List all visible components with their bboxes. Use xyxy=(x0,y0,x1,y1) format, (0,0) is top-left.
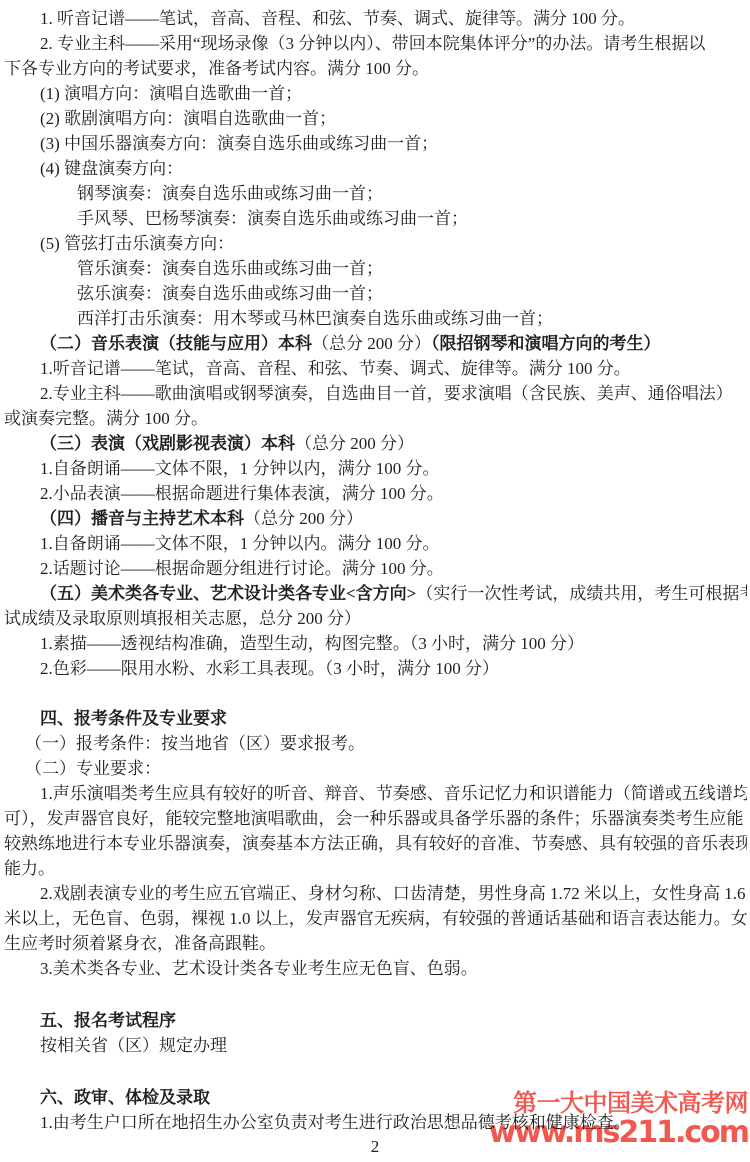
text-line: 3.美术类各专业、艺术设计类各专业考生应无色盲、色弱。 xyxy=(4,956,747,981)
text-line: 能力。 xyxy=(4,856,747,881)
text-line: 2.色彩——限用水粉、水彩工具表现。（3 小时，满分 100 分） xyxy=(4,656,747,681)
text-line: 西洋打击乐演奏：用木琴或马林巴演奏自选乐曲或练习曲一首； xyxy=(4,306,747,331)
text-segment: 或演奏完整。满分 100 分。 xyxy=(4,409,208,428)
text-segment: (2) 歌剧演唱方向：演唱自选歌曲一首； xyxy=(40,109,336,128)
text-segment: 按相关省（区）规定办理 xyxy=(40,1036,227,1055)
text-line: 弦乐演奏：演奏自选乐曲或练习曲一首； xyxy=(4,281,747,306)
text-line: (4) 键盘演奏方向： xyxy=(4,156,747,181)
text-segment: (3) 中国乐器演奏方向：演奏自选乐曲或练习曲一首； xyxy=(40,134,438,153)
text-segment: （一）报考条件：按当地省（区）要求报考。 xyxy=(25,734,365,753)
text-line: 1.自备朗诵——文体不限，1 分钟以内。满分 100 分。 xyxy=(4,531,747,556)
text-segment: （总分 200 分） xyxy=(295,434,414,453)
text-line: 米以上，无色盲、色弱，裸视 1.0 以上，发声器官无疾病，有较强的普通话基础和语… xyxy=(4,906,747,931)
text-segment-bold: （四）播音与主持艺术本科 xyxy=(40,509,244,528)
text-segment: （二）专业要求： xyxy=(25,759,161,778)
text-line: 生应考时须着紧身衣，准备高跟鞋。 xyxy=(4,931,747,956)
text-line: 2.戏剧表演专业的考生应五官端正、身材匀称、口齿清楚，男性身高 1.72 米以上… xyxy=(4,881,747,906)
text-segment: 钢琴演奏：演奏自选乐曲或练习曲一首； xyxy=(77,184,383,203)
text-segment: 3.美术类各专业、艺术设计类各专业考生应无色盲、色弱。 xyxy=(40,959,478,978)
text-segment-bold: （五）美术类各专业、艺术设计类各专业<含方向> xyxy=(40,584,416,603)
text-segment: 生应考时须着紧身衣，准备高跟鞋。 xyxy=(4,934,276,953)
text-line: 1.自备朗诵——文体不限，1 分钟以内，满分 100 分。 xyxy=(4,456,747,481)
text-segment: (5) 管弦打击乐演奏方向： xyxy=(40,234,234,253)
text-segment: 2.小品表演——根据命题进行集体表演，满分 100 分。 xyxy=(40,484,444,503)
text-segment: (1) 演唱方向：演唱自选歌曲一首； xyxy=(40,84,302,103)
text-segment: 2.专业主科——歌曲演唱或钢琴演奏，自选曲目一首，要求演唱（含民族、美声、通俗唱… xyxy=(40,384,733,403)
text-segment: 试成绩及录取原则填报相关志愿，总分 200 分） xyxy=(4,609,361,628)
text-segment: 1.自备朗诵——文体不限，1 分钟以内。满分 100 分。 xyxy=(40,534,440,553)
text-segment: 米以上，无色盲、色弱，裸视 1.0 以上，发声器官无疾病，有较强的普通话基础和语… xyxy=(4,909,747,928)
text-line: 2.话题讨论——根据命题分组进行讨论。满分 100 分。 xyxy=(4,556,747,581)
text-segment: 1.声乐演唱类考生应具有较好的听音、辩音、节奏感、音乐记忆力和识谱能力（简谱或五… xyxy=(40,784,747,803)
text-line: （二）音乐表演（技能与应用）本科（总分 200 分）（限招钢琴和演唱方向的考生） xyxy=(4,331,747,356)
text-segment: 管乐演奏：演奏自选乐曲或练习曲一首； xyxy=(77,259,383,278)
text-segment: 2. 专业主科——采用“现场录像（3 分钟以内）、带回本院集体评分”的办法。请考… xyxy=(40,34,705,53)
text-line: 1. 听音记谱——笔试，音高、音程、和弦、节奏、调式、旋律等。满分 100 分。 xyxy=(4,6,747,31)
text-segment-bold: 六、政审、体检及录取 xyxy=(40,1088,210,1107)
text-segment: (4) 键盘演奏方向： xyxy=(40,159,183,178)
text-segment-bold: （限招钢琴和演唱方向的考生） xyxy=(431,334,661,353)
text-segment: 可），发声器官良好，能较完整地演唱歌曲，会一种乐器或具备学乐器的条件；乐器演奏类… xyxy=(4,809,744,828)
text-segment: 1. 听音记谱——笔试，音高、音程、和弦、节奏、调式、旋律等。满分 100 分。 xyxy=(40,9,635,28)
page-number: 2 xyxy=(0,1136,750,1158)
text-line: 四、报考条件及专业要求 xyxy=(4,706,747,731)
text-line: 较熟练地进行本专业乐器演奏，演奏基本方法正确，具有较好的音准、节奏感、具有较强的… xyxy=(4,831,747,856)
text-segment: 2.色彩——限用水粉、水彩工具表现。（3 小时，满分 100 分） xyxy=(40,659,499,678)
text-segment: 较熟练地进行本专业乐器演奏，演奏基本方法正确，具有较好的音准、节奏感、具有较强的… xyxy=(4,834,747,853)
text-line: 试成绩及录取原则填报相关志愿，总分 200 分） xyxy=(4,606,747,631)
text-segment: 手风琴、巴杨琴演奏：演奏自选乐曲或练习曲一首； xyxy=(77,209,468,228)
text-line: 1.由考生户口所在地招生办公室负责对考生进行政治思想品德考核和健康检查。 xyxy=(4,1110,747,1135)
text-line: 手风琴、巴杨琴演奏：演奏自选乐曲或练习曲一首； xyxy=(4,206,747,231)
text-segment: 1.自备朗诵——文体不限，1 分钟以内，满分 100 分。 xyxy=(40,459,440,478)
text-segment-bold: （二）音乐表演（技能与应用）本科 xyxy=(40,334,312,353)
text-line: 1.声乐演唱类考生应具有较好的听音、辩音、节奏感、音乐记忆力和识谱能力（简谱或五… xyxy=(4,781,747,806)
text-segment: 西洋打击乐演奏：用木琴或马林巴演奏自选乐曲或练习曲一首； xyxy=(77,309,553,328)
text-segment: 2.戏剧表演专业的考生应五官端正、身材匀称、口齿清楚，男性身高 1.72 米以上… xyxy=(40,884,746,903)
document-body: 1. 听音记谱——笔试，音高、音程、和弦、节奏、调式、旋律等。满分 100 分。… xyxy=(4,6,747,1135)
text-line: 2.小品表演——根据命题进行集体表演，满分 100 分。 xyxy=(4,481,747,506)
text-line: （三）表演（戏剧影视表演）本科（总分 200 分） xyxy=(4,431,747,456)
document-page: 1. 听音记谱——笔试，音高、音程、和弦、节奏、调式、旋律等。满分 100 分。… xyxy=(0,0,750,1162)
text-line: (2) 歌剧演唱方向：演唱自选歌曲一首； xyxy=(4,106,747,131)
text-line: 五、报名考试程序 xyxy=(4,1008,747,1033)
text-line: 可），发声器官良好，能较完整地演唱歌曲，会一种乐器或具备学乐器的条件；乐器演奏类… xyxy=(4,806,747,831)
text-line: （四）播音与主持艺术本科（总分 200 分） xyxy=(4,506,747,531)
text-line: 下各专业方向的考试要求，准备考试内容。满分 100 分。 xyxy=(4,56,747,81)
text-line: (3) 中国乐器演奏方向：演奏自选乐曲或练习曲一首； xyxy=(4,131,747,156)
text-line: 2.专业主科——歌曲演唱或钢琴演奏，自选曲目一首，要求演唱（含民族、美声、通俗唱… xyxy=(4,381,747,406)
text-line: （二）专业要求： xyxy=(4,756,747,781)
text-segment-bold: （三）表演（戏剧影视表演）本科 xyxy=(40,434,295,453)
text-segment: （总分 200 分） xyxy=(244,509,363,528)
text-line: （五）美术类各专业、艺术设计类各专业<含方向>（实行一次性考试，成绩共用，考生可… xyxy=(4,581,747,606)
text-segment: 1.素描——透视结构准确，造型生动，构图完整。（3 小时，满分 100 分） xyxy=(40,634,584,653)
text-segment: 1.由考生户口所在地招生办公室负责对考生进行政治思想品德考核和健康检查。 xyxy=(40,1113,631,1132)
text-line: 钢琴演奏：演奏自选乐曲或练习曲一首； xyxy=(4,181,747,206)
text-segment-bold: 四、报考条件及专业要求 xyxy=(40,709,227,728)
text-segment: 1.听音记谱——笔试，音高、音程、和弦、节奏、调式、旋律等。满分 100 分。 xyxy=(40,359,631,378)
text-segment: （总分 200 分） xyxy=(312,334,431,353)
text-line: (5) 管弦打击乐演奏方向： xyxy=(4,231,747,256)
text-line: 2. 专业主科——采用“现场录像（3 分钟以内）、带回本院集体评分”的办法。请考… xyxy=(4,31,747,56)
text-line: (1) 演唱方向：演唱自选歌曲一首； xyxy=(4,81,747,106)
text-segment: 弦乐演奏：演奏自选乐曲或练习曲一首； xyxy=(77,284,383,303)
text-segment: （实行一次性考试，成绩共用，考生可根据考 xyxy=(416,584,747,603)
text-segment: 能力。 xyxy=(4,859,55,878)
text-line: 或演奏完整。满分 100 分。 xyxy=(4,406,747,431)
text-line: 1.素描——透视结构准确，造型生动，构图完整。（3 小时，满分 100 分） xyxy=(4,631,747,656)
text-line: 管乐演奏：演奏自选乐曲或练习曲一首； xyxy=(4,256,747,281)
text-segment: 下各专业方向的考试要求，准备考试内容。满分 100 分。 xyxy=(4,59,429,78)
text-line: 1.听音记谱——笔试，音高、音程、和弦、节奏、调式、旋律等。满分 100 分。 xyxy=(4,356,747,381)
text-segment: 2.话题讨论——根据命题分组进行讨论。满分 100 分。 xyxy=(40,559,444,578)
text-line: 六、政审、体检及录取 xyxy=(4,1085,747,1110)
text-segment-bold: 五、报名考试程序 xyxy=(40,1011,176,1030)
text-line: （一）报考条件：按当地省（区）要求报考。 xyxy=(4,731,747,756)
text-line: 按相关省（区）规定办理 xyxy=(4,1033,747,1058)
